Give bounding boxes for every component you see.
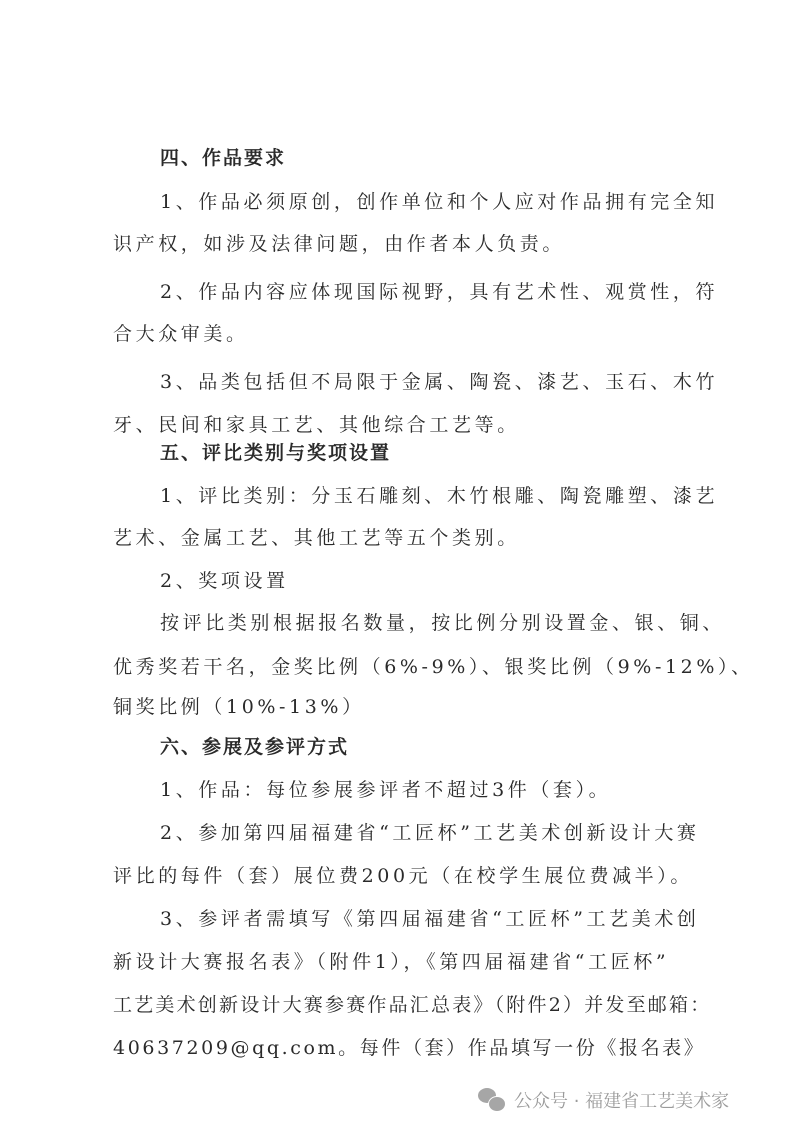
paragraph-line: 按评比类别根据报名数量，按比例分别设置金、银、铜、 — [160, 611, 740, 635]
paragraph-line: 工艺美术创新设计大赛参赛作品汇总表》（附件2）并发至邮箱： — [113, 993, 693, 1017]
paragraph-line: 2、奖项设置 — [160, 569, 740, 593]
paragraph-line: 1、作品必须原创，创作单位和个人应对作品拥有完全知 — [160, 190, 740, 214]
paragraph-line: 合大众审美。 — [113, 322, 693, 346]
paragraph-line: 新设计大赛报名表》（附件1），《第四届福建省“工匠杯” — [113, 950, 693, 974]
paragraph-line: 2、参加第四届福建省“工匠杯”工艺美术创新设计大赛 — [160, 821, 740, 845]
paragraph-line: 1、作品：每位参展参评者不超过3件（套）。 — [160, 778, 740, 802]
watermark-label: 公众号 · 福建省工艺美术家 — [514, 1087, 729, 1113]
paragraph-line: 识产权，如涉及法律问题，由作者本人负责。 — [113, 232, 693, 256]
paragraph-line: 评比的每件（套）展位费200元（在校学生展位费减半）。 — [113, 864, 693, 888]
paragraph-line: 牙、民间和家具工艺、其他综合工艺等。 — [113, 413, 693, 437]
section-heading-4: 四、作品要求 — [160, 146, 740, 170]
wechat-icon — [478, 1088, 506, 1112]
wechat-watermark: 公众号 · 福建省工艺美术家 — [478, 1085, 729, 1115]
paragraph-line: 优秀奖若干名，金奖比例（6%-9%）、银奖比例（9%-12%）、 — [113, 655, 693, 679]
paragraph-line: 40637209@qq.com。每件（套）作品填写一份《报名表》 — [113, 1036, 693, 1060]
paragraph-line: 2、作品内容应体现国际视野，具有艺术性、观赏性，符 — [160, 280, 740, 304]
paragraph-line: 1、评比类别：分玉石雕刻、木竹根雕、陶瓷雕塑、漆艺 — [160, 484, 740, 508]
section-heading-6: 六、参展及参评方式 — [160, 735, 740, 759]
paragraph-line: 艺术、金属工艺、其他工艺等五个类别。 — [113, 526, 693, 550]
paragraph-line: 3、参评者需填写《第四届福建省“工匠杯”工艺美术创 — [160, 907, 740, 931]
paragraph-line: 铜奖比例（10%-13%） — [113, 695, 693, 719]
paragraph-line: 3、品类包括但不局限于金属、陶瓷、漆艺、玉石、木竹 — [160, 370, 740, 394]
section-heading-5: 五、评比类别与奖项设置 — [160, 441, 740, 465]
document-page: 四、作品要求 1、作品必须原创，创作单位和个人应对作品拥有完全知 识产权，如涉及… — [0, 0, 800, 1131]
